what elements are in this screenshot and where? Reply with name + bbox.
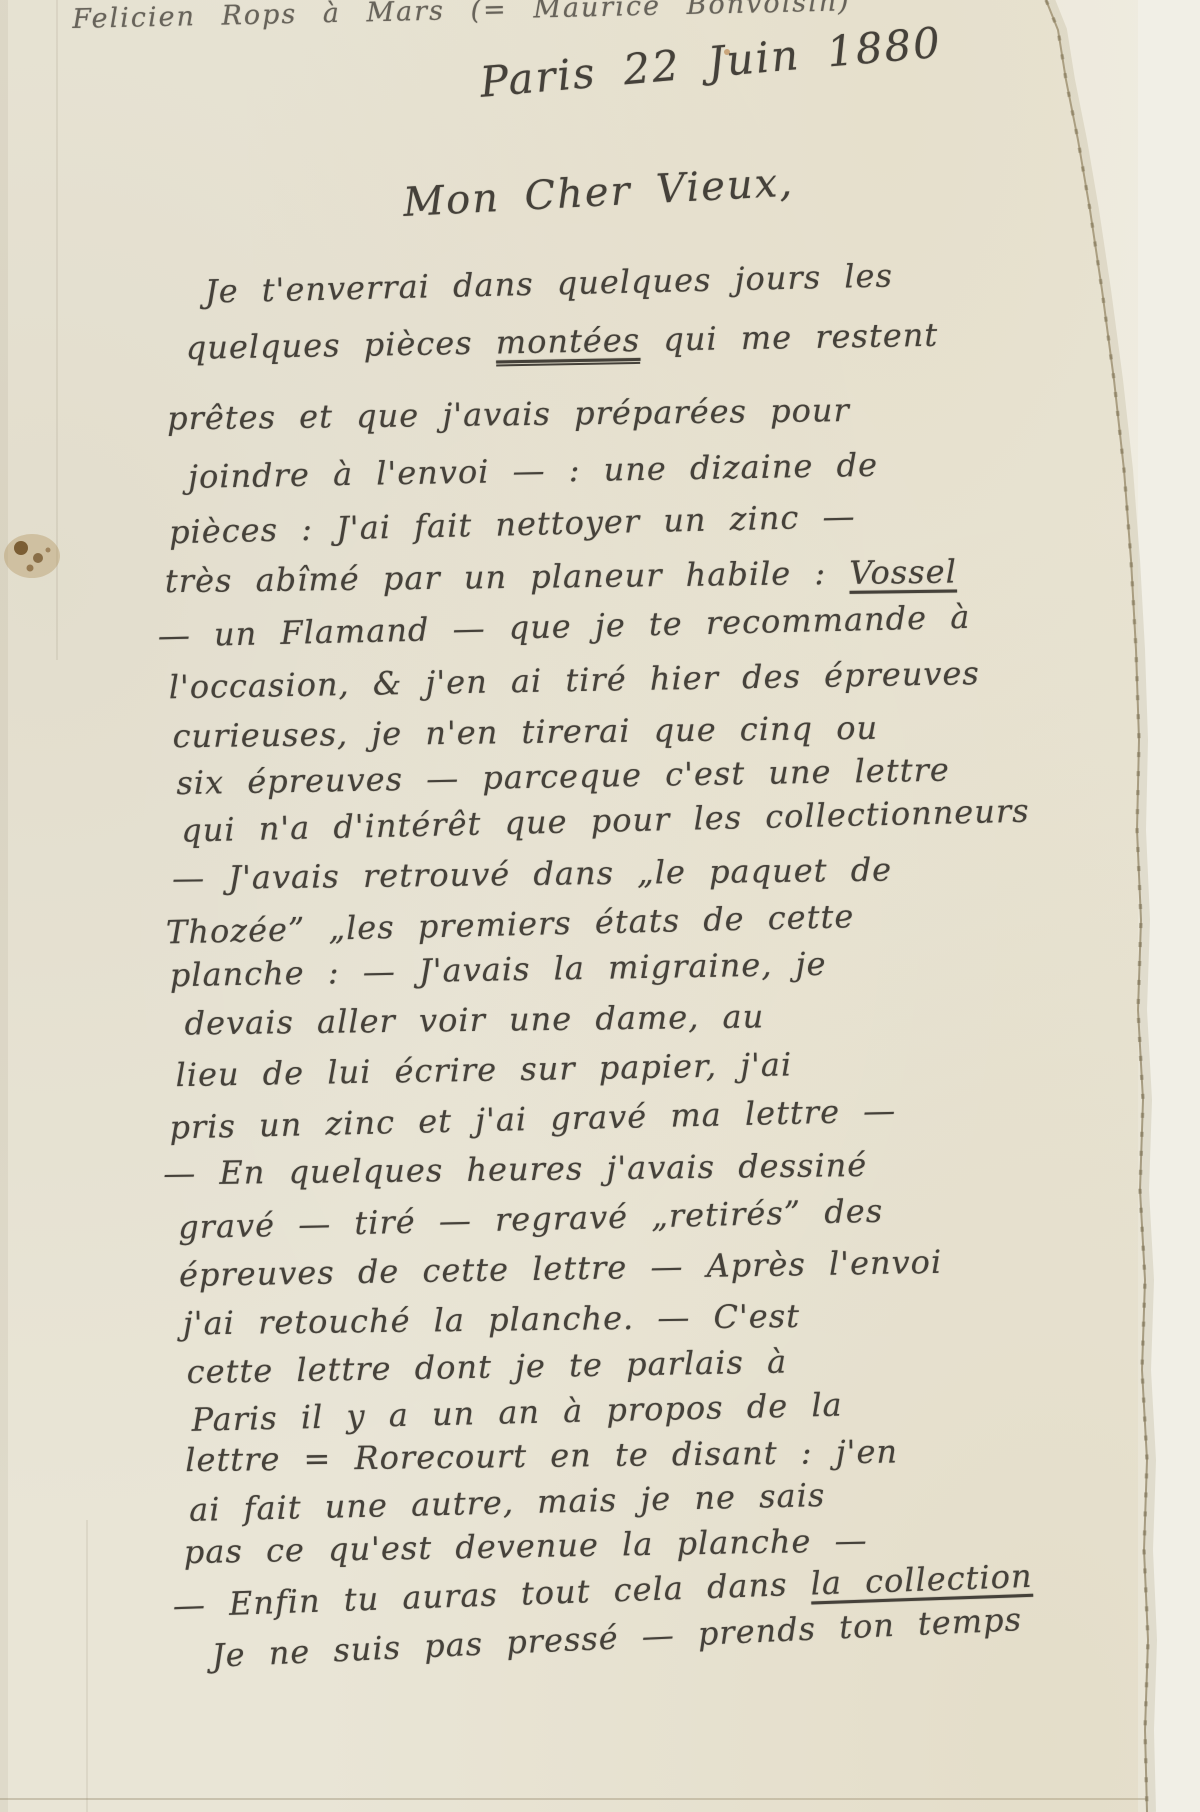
letter-line: lieu de lui écrire sur papier, j'ai (175, 1045, 792, 1094)
letter-scan-page: Felicien Rops à Mars (= Maurice Bonvoisi… (0, 0, 1200, 1812)
letter-line: Thozée” „les premiers états de cette (166, 897, 855, 951)
letter-line: — J'avais retrouvé dans „le paquet de (172, 850, 892, 897)
letter-line: pièces : J'ai fait nettoyer un zinc — (169, 497, 856, 551)
letter-line: planche : — J'avais la migraine, je (169, 945, 826, 994)
letter-line: six épreuves — parceque c'est une lettre (176, 751, 950, 802)
letter-line: pas ce qu'est devenue la planche — (184, 1521, 868, 1571)
letter-line: devais aller voir une dame, au (184, 997, 764, 1042)
letter-line: Paris il y a un an à propos de la (191, 1386, 843, 1439)
letter-line: quelques pièces montées qui me restent (186, 316, 939, 367)
letter-line: lettre = Rorecourt en te disant : j'en (185, 1432, 898, 1479)
letter-line: — un Flamand — que je te recommande à (157, 598, 970, 655)
letter-line: cette lettre dont je te parlais à (186, 1343, 787, 1391)
letter-line: prêtes et que j'avais préparées pour (167, 391, 850, 437)
letter-line: — En quelques heures j'avais dessiné (163, 1146, 867, 1193)
letter-line: joindre à l'envoi — : une dizaine de (188, 446, 879, 496)
letter-line: ai fait une autre, mais je ne sais (189, 1476, 826, 1529)
letter-line: curieuses, je n'en tirerai que cinq ou (172, 709, 878, 756)
letter-body: Je t'enverrai dans quelques jours les qu… (0, 0, 1200, 1812)
letter-line: gravé — tiré — regravé „retirés” des (178, 1192, 884, 1247)
letter-line: pris un zinc et j'ai gravé ma lettre — (169, 1091, 897, 1146)
letter-line: épreuves de cette lettre — Après l'envoi (179, 1243, 943, 1294)
letter-line: l'occasion, & j'en ai tiré hier des épre… (168, 654, 980, 706)
letter-line: très abîmé par un planeur habile : Vosse… (165, 553, 957, 601)
letter-line: qui n'a d'intérêt que pour les collectio… (181, 792, 1030, 850)
letter-line: Je t'enverrai dans quelques jours les (204, 256, 893, 310)
letter-line: j'ai retouché la planche. — C'est (183, 1297, 801, 1343)
